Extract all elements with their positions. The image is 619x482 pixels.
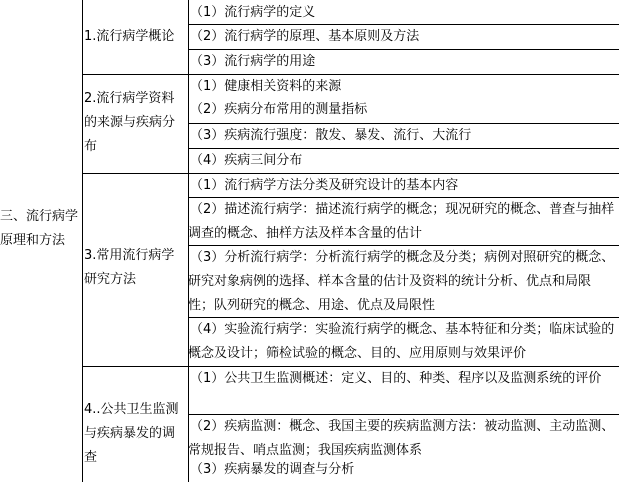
section-title-1: 1.流行病学概论: [84, 25, 186, 49]
list-item: （3）疾病流行强度：散发、暴发、流行、大流行: [190, 124, 619, 148]
list-item: （1）公共卫生监测概述：定义、目的、种类、程序以及监测系统的评价: [188, 367, 616, 391]
list-item: （3）分析流行病学：分析流行病学的概念及分类；病例对照研究的概念、研究对象病例的…: [188, 246, 616, 318]
list-item: （2）流行病学的原理、基本原则及方法: [190, 25, 619, 49]
chapter-title: 三、流行病学原理和方法: [0, 205, 80, 253]
list-item: （2）描述流行病学：描述流行病学的概念；现况研究的概念、普查与抽样调查的概念、抽…: [188, 198, 616, 246]
syllabus-table: 三、流行病学原理和方法 1.流行病学概论 2.流行病学资料的来源与疾病分布 3.…: [0, 0, 619, 482]
list-item: （1）健康相关资料的来源: [190, 75, 619, 99]
list-item: （4）疾病三间分布: [190, 149, 619, 173]
column-divider-1: [82, 0, 83, 482]
section-title-2: 2.流行病学资料的来源与疾病分布: [84, 87, 186, 159]
list-item: （4）实验流行病学：实验流行病学的概念、基本特征和分类；临床试验的概念及设计；筛…: [188, 318, 616, 366]
section-title-3: 3.常用流行病学研究方法: [84, 244, 186, 292]
list-item: （2）疾病分布常用的测量指标: [190, 98, 619, 122]
list-item: （3）流行病学的用途: [190, 50, 619, 74]
section-title-4: 4..公共卫生监测与疾病暴发的调查: [84, 398, 186, 470]
list-item: （3）疾病暴发的调查与分析: [190, 458, 619, 482]
list-item: （1）流行病学的定义: [190, 1, 619, 25]
list-item: （1）流行病学方法分类及研究设计的基本内容: [190, 174, 619, 198]
list-item: （2）疾病监测：概念、我国主要的疾病监测方法：被动监测、主动监测、常规报告、哨点…: [188, 415, 616, 463]
